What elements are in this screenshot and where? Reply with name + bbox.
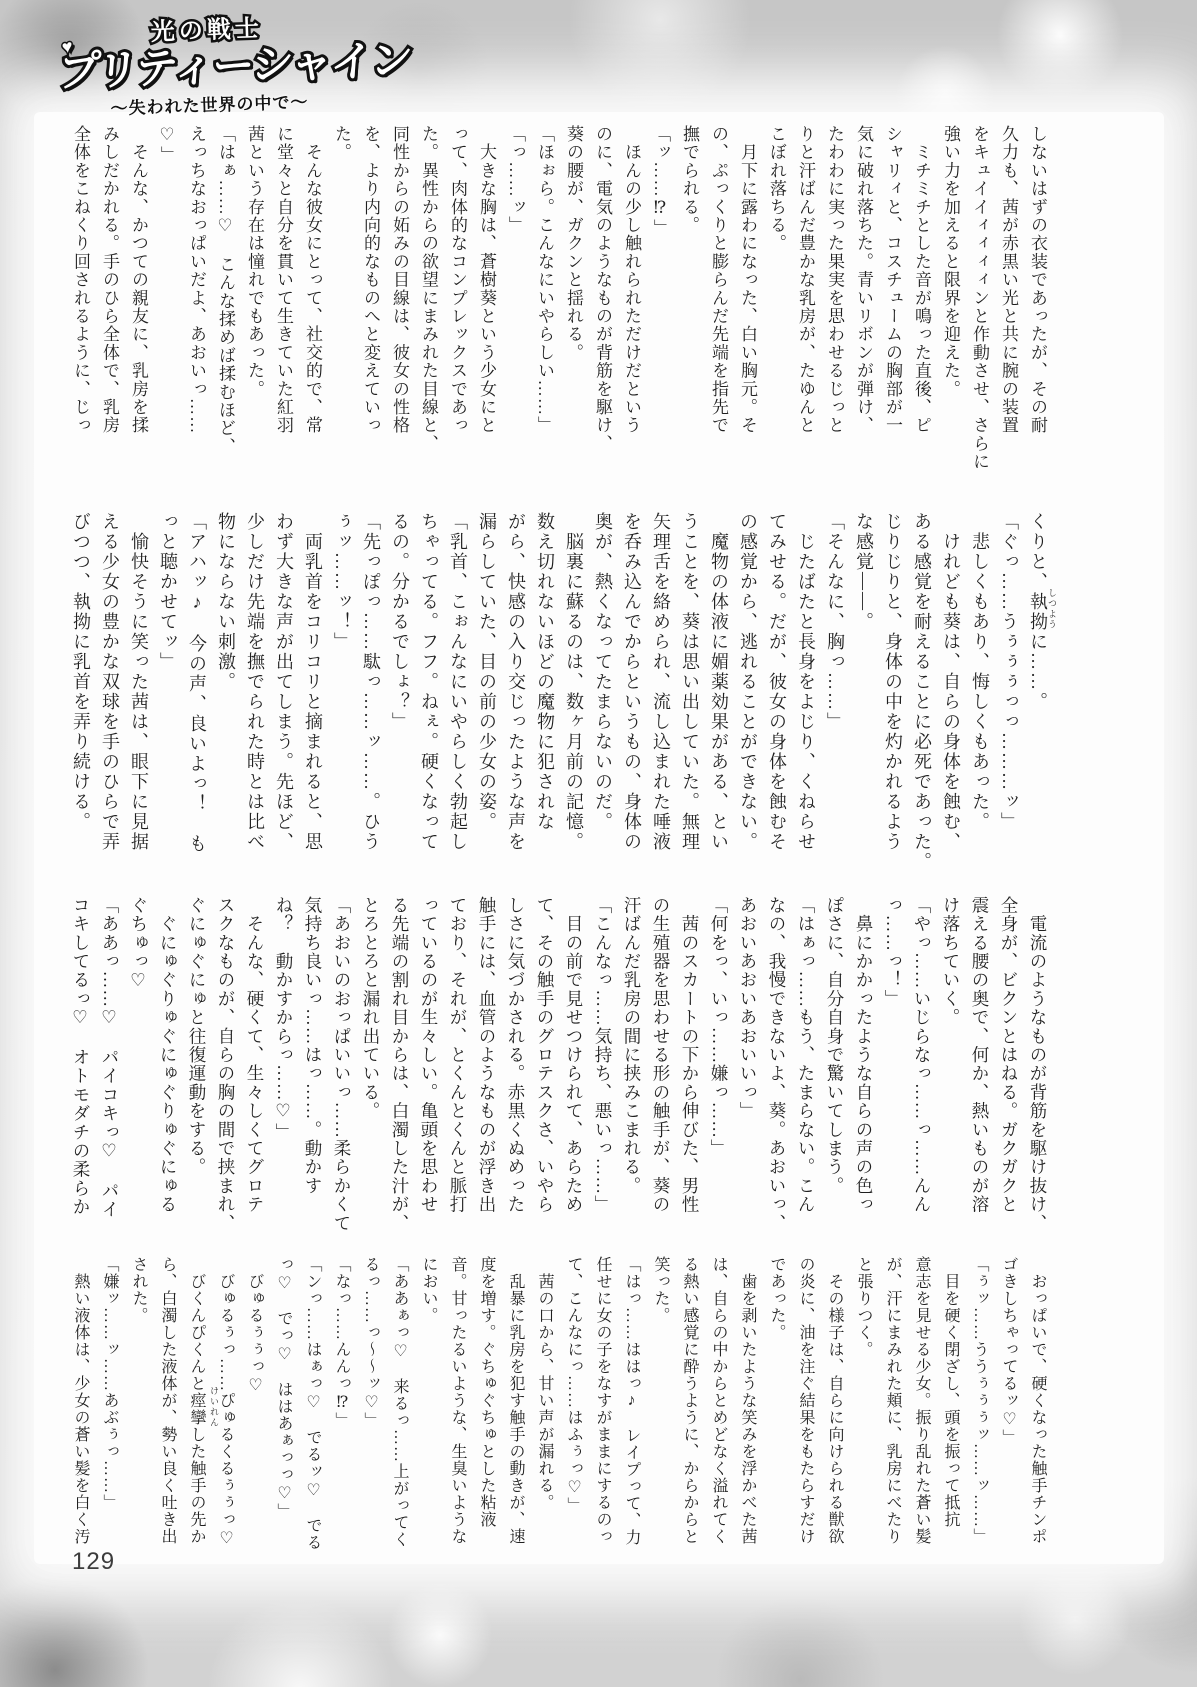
furigana-shitsuyou: しつよう: [1046, 588, 1059, 630]
page-number: 129: [72, 1548, 115, 1576]
series-logo: 光の戦士 ♥プリティーシャイン ～失われた世界の中で～: [56, 5, 360, 121]
text-band-2: くりと、執拗に……。 「ぐっ……うぅぅぅっっ………ッ」 悲しくもあり、悔しくもあ…: [60, 512, 1052, 876]
heart-icon: ♥: [61, 37, 72, 57]
text-band-1: しないはずの衣装であったが、その耐 久力も、茜が赤黒い光と共に腕の装置 をキュイ…: [60, 125, 1052, 477]
furigana-keiren: けいれん: [208, 1386, 221, 1428]
novel-page: 光の戦士 ♥プリティーシャイン ～失われた世界の中で～ しないはずの衣装であった…: [0, 0, 1197, 1687]
text-band-3: 電流のようなものが背筋を駆け抜け、 全身が、ビクンとはねる。ガクガクと 震える腰…: [60, 896, 1052, 1252]
logo-main-title: ♥プリティーシャイン: [57, 40, 360, 95]
